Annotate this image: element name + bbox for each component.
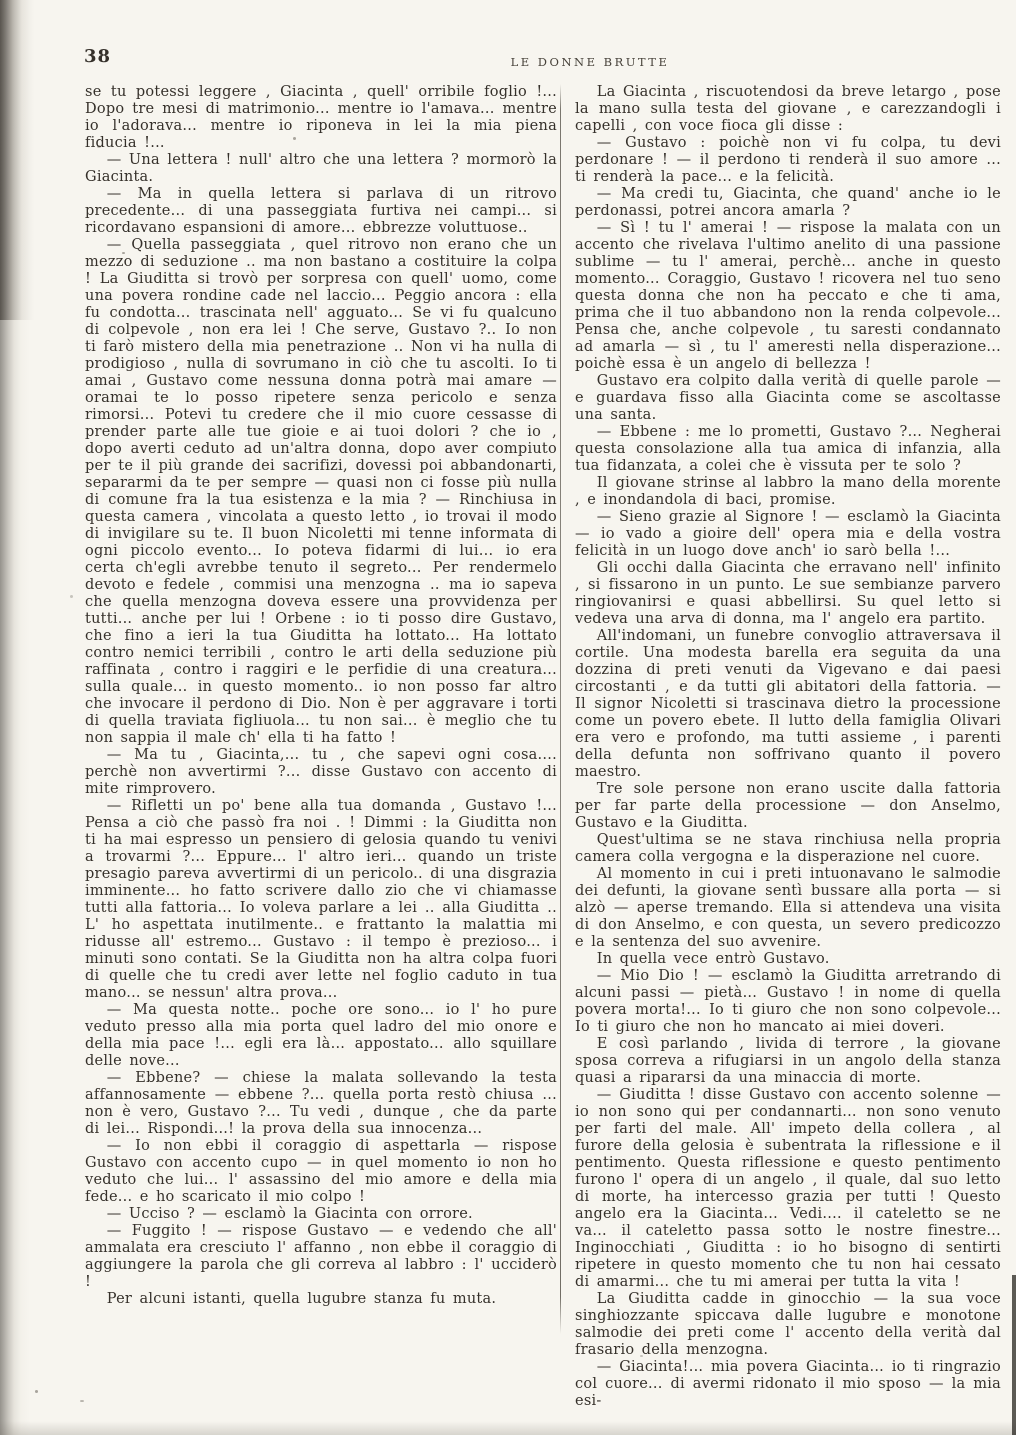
paragraph: Al momento in cui i preti intuonavano le… [575, 866, 1001, 951]
paragraph: Tre sole persone non erano uscite dalla … [575, 781, 1001, 832]
paragraph: Per alcuni istanti, quella lugubre stanz… [85, 1291, 557, 1308]
binding-gutter-shadow-top [0, 0, 34, 320]
paragraph: La Giacinta , riscuotendosi da breve let… [575, 84, 1001, 135]
paragraph: — Ma tu , Giacinta,... tu , che sapevi o… [85, 747, 557, 798]
scan-speck [35, 1390, 38, 1393]
column-divider-rule [560, 84, 561, 1334]
scan-speck [80, 1400, 84, 1402]
paragraph: — Sieno grazie al Signore ! — esclamò la… [575, 509, 1001, 560]
paragraph: se tu potessi leggere , Giacinta , quell… [85, 84, 557, 152]
paragraph: Gli occhi dalla Giacinta che erravano ne… [575, 560, 1001, 628]
paragraph: — Ebbene : me lo prometti, Gustavo ?... … [575, 424, 1001, 475]
paragraph: — Una lettera ! null' altro che una lett… [85, 152, 557, 186]
paragraph: Quest'ultima se ne stava rinchiusa nella… [575, 832, 1001, 866]
page-number: 38 [84, 46, 111, 67]
paragraph: — Gustavo : poichè non vi fu colpa, tu d… [575, 135, 1001, 186]
scanned-book-page: 38 LE DONNE BRUTTE se tu potessi leggere… [0, 0, 1016, 1435]
paragraph: — Giacinta!... mia povera Giacinta... io… [575, 1359, 1001, 1410]
paragraph: In quella vece entrò Gustavo. [575, 951, 1001, 968]
page-bottom-edge-shadow [0, 1421, 1016, 1435]
paragraph: — Rifletti un po' bene alla tua domanda … [85, 798, 557, 1002]
scan-speck [70, 595, 73, 598]
paragraph: — Ma in quella lettera si parlava di un … [85, 186, 557, 237]
paragraph: — Io non ebbi il coraggio di aspettarla … [85, 1138, 557, 1206]
paragraph: Gustavo era colpito dalla verità di quel… [575, 373, 1001, 424]
paragraph: — Quella passeggiata , quel ritrovo non … [85, 237, 557, 747]
text-column-right: La Giacinta , riscuotendosi da breve let… [575, 84, 1001, 1336]
scan-edge-artifact [1012, 1275, 1016, 1435]
paragraph: Il giovane strinse al labbro la mano del… [575, 475, 1001, 509]
paragraph: — Ma credi tu, Giacinta, che quand' anch… [575, 186, 1001, 220]
paragraph: — Giuditta ! disse Gustavo con accento s… [575, 1087, 1001, 1291]
binding-gutter-shadow [0, 0, 30, 1435]
text-column-left: se tu potessi leggere , Giacinta , quell… [85, 84, 557, 1344]
paragraph: E così parlando , livida di terrore , la… [575, 1036, 1001, 1087]
paragraph: — Mio Dio ! — esclamò la Giuditta arretr… [575, 968, 1001, 1036]
paragraph: All'indomani, un funebre convoglio attra… [575, 628, 1001, 781]
paragraph: — Ucciso ? — esclamò la Giacinta con orr… [85, 1206, 557, 1223]
paragraph: — Ma questa notte.. poche ore sono... io… [85, 1002, 557, 1070]
paragraph: — Fuggito ! — rispose Gustavo — e vedend… [85, 1223, 557, 1291]
running-title: LE DONNE BRUTTE [470, 55, 710, 69]
paragraph: — Ebbene? — chiese la malata sollevando … [85, 1070, 557, 1138]
paragraph: La Giuditta cadde in ginocchio — la sua … [575, 1291, 1001, 1359]
paragraph: — Sì ! tu l' amerai ! — rispose la malat… [575, 220, 1001, 373]
